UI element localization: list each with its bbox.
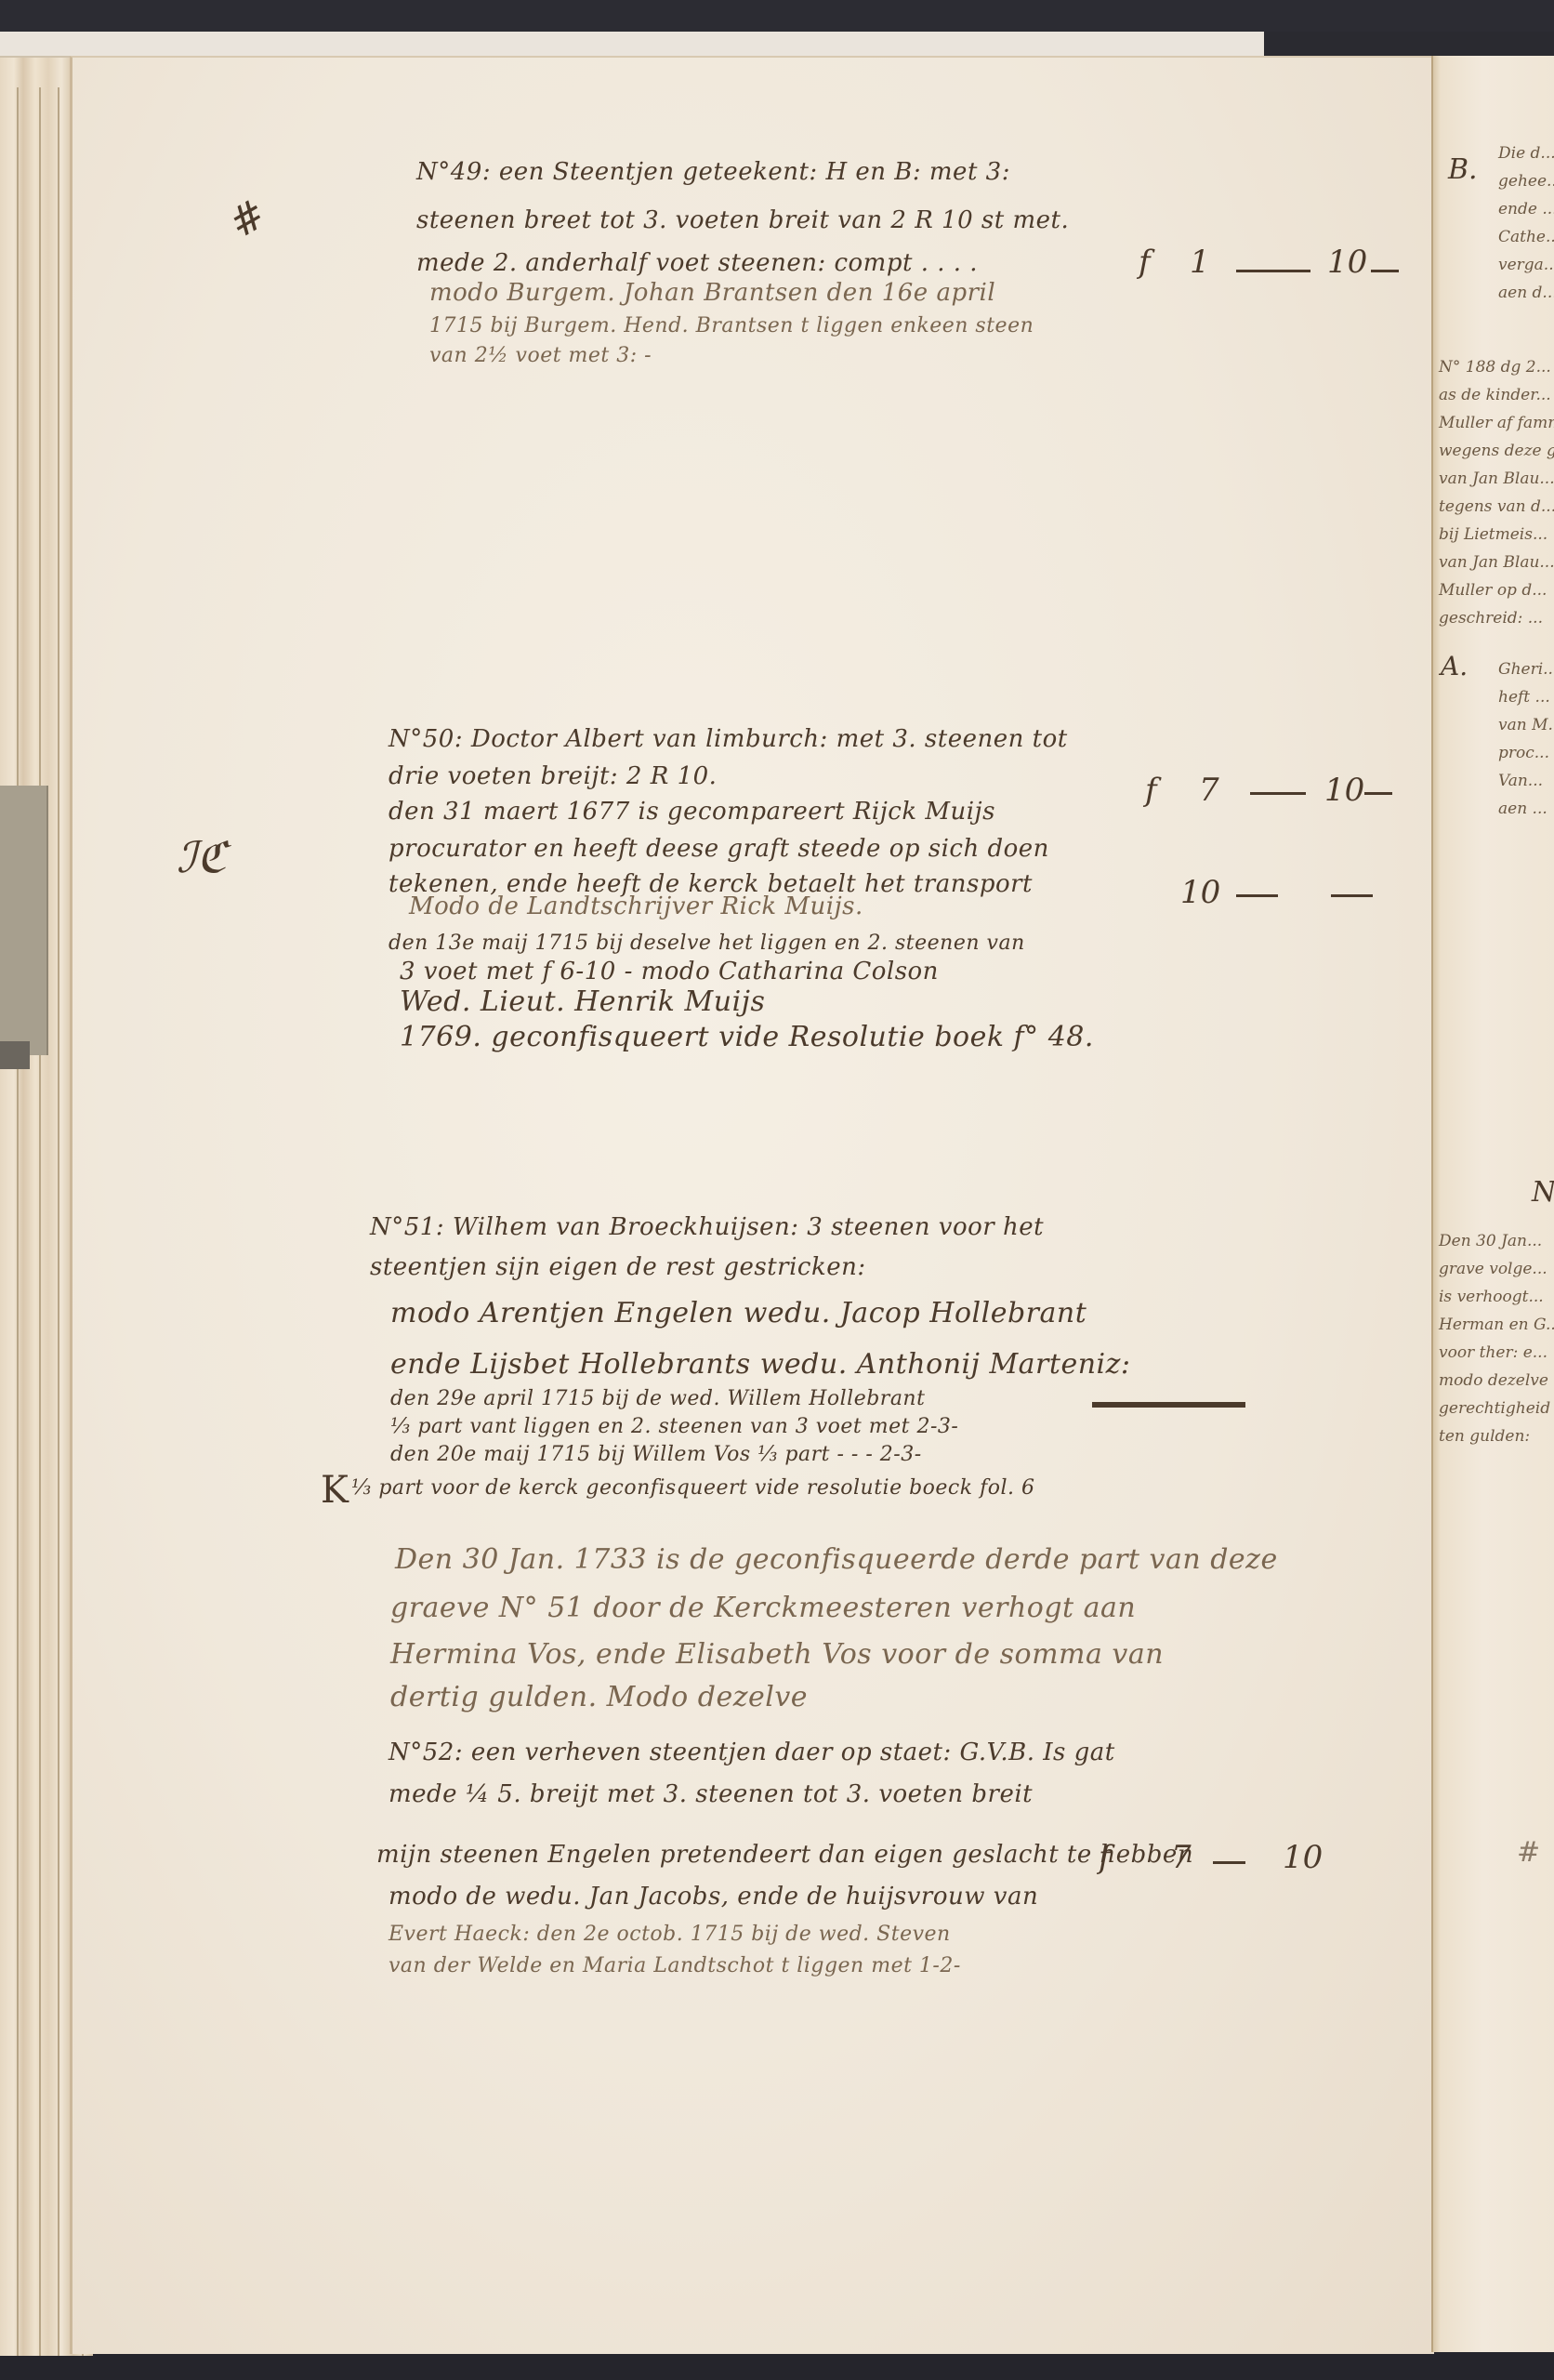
entry-line: ende Lijsbet Hollebrants wedu. Anthonij … (390, 1348, 1131, 1381)
entry-line: Hermina Vos, ende Elisabeth Vos voor de … (390, 1638, 1164, 1671)
entry-line: mijn steenen Engelen pretendeert dan eig… (376, 1841, 1193, 1869)
entry-line: Evert Haeck: den 2e octob. 1715 bij de w… (388, 1923, 951, 1946)
facing-line: van M... (1498, 711, 1554, 739)
amount-guilders: 7 (1199, 772, 1219, 809)
amount-dash (1213, 1861, 1245, 1864)
entry-line: steentjen sijn eigen de rest gestricken: (370, 1253, 866, 1281)
amount-dash (1236, 270, 1310, 272)
page-edge-line (17, 87, 19, 2356)
facing-line: van Jan Blau... (1439, 465, 1554, 493)
facing-line: aen ... (1498, 795, 1554, 823)
facing-line: geschreid: ... (1439, 604, 1554, 632)
facing-heading-n: N (1532, 1176, 1554, 1209)
scanner-background-top (0, 0, 1554, 32)
entry-line: N°50: Doctor Albert van limburch: met 3.… (388, 725, 1068, 753)
entry-line: 3 voet met f 6-10 - modo Catharina Colso… (400, 958, 939, 985)
amount-stuivers: 10 (1324, 772, 1364, 809)
facing-text-block: Den 30 Jan... grave volge... is verhoogt… (1439, 1227, 1554, 1450)
transport-amount: 10 (1180, 874, 1220, 911)
page-top-edge (0, 32, 1264, 58)
entry-line: drie voeten breijt: 2 R 10. (388, 762, 717, 790)
entry-line: modo Arentjen Engelen wedu. Jacop Holleb… (390, 1297, 1086, 1329)
amount-dash (1250, 792, 1306, 795)
entry-line: van 2½ voet met 3: - (429, 344, 652, 367)
entry-line: van der Welde en Maria Landtschot t ligg… (388, 1954, 961, 1977)
strike-line (1092, 1402, 1245, 1408)
facing-text-block: Die d... gehee... ende ... Cathe... verg… (1498, 139, 1554, 307)
facing-line: Die d... (1498, 139, 1554, 167)
facing-line: is verhoogt... (1439, 1283, 1554, 1311)
jk-monogram-icon: ℐℭ (177, 832, 227, 882)
entry-line: N°51: Wilhem van Broeckhuijsen: 3 steene… (370, 1213, 1044, 1241)
facing-hash-mark: # (1517, 1836, 1540, 1869)
amount-currency: f (1139, 244, 1151, 281)
facing-line: as de kinder... (1439, 381, 1554, 409)
facing-marker-b: B. (1448, 153, 1478, 186)
entry-line: den 29e april 1715 bij de wed. Willem Ho… (390, 1387, 925, 1410)
facing-line: ende ... (1498, 195, 1554, 223)
amount-dash (1371, 270, 1399, 272)
facing-line: Muller af famm... (1439, 409, 1554, 437)
facing-line: van Jan Blau... (1439, 549, 1554, 576)
entry-line: ⅓ part voor de kerck geconfisqueert vide… (351, 1476, 1034, 1500)
facing-line: N° 188 dg 2... (1439, 353, 1554, 381)
entry-line: Modo de Landtschrijver Rick Muijs. (409, 892, 863, 920)
entry-line: modo Burgem. Johan Brantsen den 16e apri… (429, 279, 995, 307)
page-edge-line (58, 87, 59, 2356)
entry-line: Wed. Lieut. Henrik Muijs (400, 985, 765, 1018)
facing-line: ten gulden: (1439, 1422, 1554, 1450)
entry-line: mede ¼ 5. breijt met 3. steenen tot 3. v… (388, 1780, 1033, 1808)
entry-line: ⅓ part vant liggen en 2. steenen van 3 v… (390, 1415, 958, 1438)
facing-line: modo dezelve ... (1439, 1367, 1554, 1395)
scanner-background-bottom (0, 2352, 1554, 2380)
entry-line: den 20e maij 1715 bij Willem Vos ⅓ part … (390, 1443, 922, 1466)
amount-dash (1236, 894, 1278, 897)
amount-stuivers: 10 (1327, 244, 1367, 281)
entry-line: modo de wedu. Jan Jacobs, ende de huijsv… (388, 1883, 1038, 1911)
manuscript-page (70, 56, 1434, 2354)
entry-line: den 13e maij 1715 bij deselve het liggen… (388, 932, 1025, 955)
entry-line: 1769. geconfisqueert vide Resolutie boek… (400, 1021, 1094, 1053)
amount-guilders: 1 (1190, 244, 1210, 281)
entry-line: dertig gulden. Modo dezelve (390, 1681, 808, 1713)
facing-line: Herman en G... (1439, 1311, 1554, 1339)
binding-tab (0, 786, 48, 1055)
entry-line: Den 30 Jan. 1733 is de geconfisqueerde d… (395, 1543, 1278, 1576)
amount-guilders: 7 (1171, 1839, 1192, 1876)
amount-currency: f (1145, 772, 1157, 809)
facing-line: Den 30 Jan... (1439, 1227, 1554, 1255)
amount-dash (1364, 792, 1392, 795)
facing-line: verga... (1498, 251, 1554, 279)
entry-line: 1715 bij Burgem. Hend. Brantsen t liggen… (429, 314, 1034, 337)
amount-stuivers: 10 (1283, 1839, 1323, 1876)
facing-line: Van... (1498, 767, 1554, 795)
entry-line: mede 2. anderhalf voet steenen: compt . … (416, 249, 978, 277)
facing-line: Cathe... (1498, 223, 1554, 251)
facing-marker-a: A. (1441, 651, 1468, 681)
facing-line: tegens van d... (1439, 493, 1554, 521)
page-edge-line (39, 87, 41, 2356)
facing-line: voor ther: e... (1439, 1339, 1554, 1367)
facing-line: wegens deze g... (1439, 437, 1554, 465)
entry-line: graeve N° 51 door de Kerckmeesteren verh… (390, 1592, 1136, 1624)
binding-tab-shadow (0, 1041, 30, 1069)
entry-line: den 31 maert 1677 is gecompareert Rijck … (388, 798, 995, 826)
entry-line: N°49: een Steentjen geteekent: H en B: m… (416, 158, 1010, 186)
facing-line: Gheri... (1498, 655, 1554, 683)
amount-currency: f (1099, 1839, 1111, 1876)
amount-dash (1331, 894, 1373, 897)
facing-line: Muller op d... (1439, 576, 1554, 604)
k-mark: K (321, 1469, 349, 1512)
facing-line: aen d... (1498, 279, 1554, 307)
entry-line: procurator en heeft deese graft steede o… (388, 835, 1049, 863)
facing-text-block: Gheri... heft ... van M... proc... Van..… (1498, 655, 1554, 823)
facing-line: gehee... (1498, 167, 1554, 195)
entry-line: N°52: een verheven steentjen daer op sta… (388, 1739, 1115, 1766)
facing-line: proc... (1498, 739, 1554, 767)
facing-line: grave volge... (1439, 1255, 1554, 1283)
facing-line: bij Lietmeis... (1439, 521, 1554, 549)
facing-text-block: N° 188 dg 2... as de kinder... Muller af… (1439, 353, 1554, 632)
facing-line: gerechtigheid ... (1439, 1395, 1554, 1422)
entry-line: steenen breet tot 3. voeten breit van 2 … (416, 206, 1069, 234)
facing-line: heft ... (1498, 683, 1554, 711)
